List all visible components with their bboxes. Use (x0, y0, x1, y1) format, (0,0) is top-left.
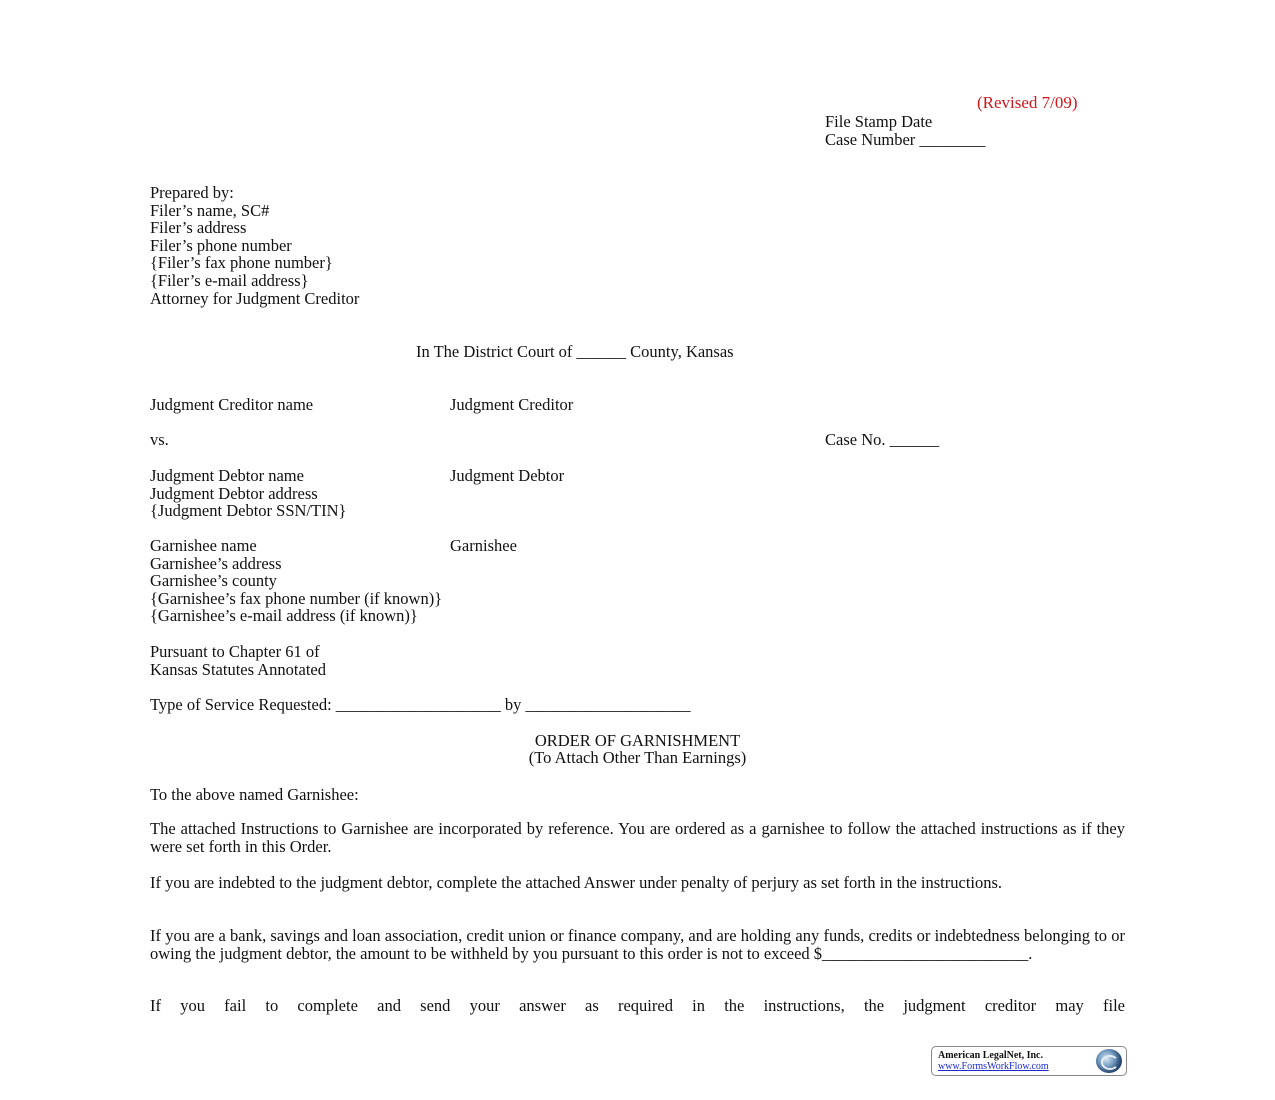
debtor-role: Judgment Debtor (450, 467, 564, 485)
garnishee-block: Garnishee name Garnishee’s address Garni… (150, 537, 442, 625)
garnishee-fax: {Garnishee’s fax phone number (if known)… (150, 590, 442, 608)
salutation: To the above named Garnishee: (150, 786, 359, 804)
statute-line-2: Kansas Statutes Annotated (150, 661, 326, 679)
statute-block: Pursuant to Chapter 61 of Kansas Statute… (150, 643, 326, 678)
attorney-for: Attorney for Judgment Creditor (150, 290, 359, 308)
versus: vs. (150, 431, 169, 449)
debtor-address: Judgment Debtor address (150, 485, 346, 503)
filer-fax: {Filer’s fax phone number} (150, 254, 359, 272)
garnishee-name: Garnishee name (150, 537, 442, 555)
paragraph-bank-limit: If you are a bank, savings and loan asso… (150, 927, 1125, 962)
order-subtitle: (To Attach Other Than Earnings) (150, 749, 1125, 767)
case-no: Case No. ______ (825, 431, 939, 449)
filer-phone: Filer’s phone number (150, 237, 359, 255)
badge-company: American LegalNet, Inc. (938, 1050, 1043, 1061)
filer-name: Filer’s name, SC# (150, 202, 359, 220)
case-number-header: Case Number ________ (825, 131, 985, 149)
garnishee-address: Garnishee’s address (150, 555, 442, 573)
paragraph-indebted: If you are indebted to the judgment debt… (150, 874, 1125, 892)
revised-date: (Revised 7/09) (977, 94, 1078, 112)
badge-link[interactable]: www.FormsWorkFlow.com (938, 1061, 1049, 1072)
footer-badge[interactable]: American LegalNet, Inc. www.FormsWorkFlo… (931, 1046, 1127, 1076)
creditor-name: Judgment Creditor name (150, 396, 313, 414)
prepared-by-block: Prepared by: Filer’s name, SC# Filer’s a… (150, 184, 359, 307)
filer-address: Filer’s address (150, 219, 359, 237)
file-stamp-date: File Stamp Date (825, 113, 932, 131)
debtor-ssn: {Judgment Debtor SSN/TIN} (150, 502, 346, 520)
court-title: In The District Court of ______ County, … (416, 343, 734, 361)
prepared-by-label: Prepared by: (150, 184, 359, 202)
order-title: ORDER OF GARNISHMENT (150, 732, 1125, 750)
debtor-name: Judgment Debtor name (150, 467, 346, 485)
paragraph-fail-to-answer: If you fail to complete and send your an… (150, 997, 1125, 1015)
creditor-role: Judgment Creditor (450, 396, 573, 414)
service-requested: Type of Service Requested: _____________… (150, 696, 691, 714)
filer-email: {Filer’s e-mail address} (150, 272, 359, 290)
paragraph-instructions: The attached Instructions to Garnishee a… (150, 820, 1125, 855)
garnishee-role: Garnishee (450, 537, 517, 555)
debtor-block: Judgment Debtor name Judgment Debtor add… (150, 467, 346, 520)
globe-logo-icon (1096, 1049, 1122, 1073)
garnishee-email: {Garnishee’s e-mail address (if known)} (150, 607, 442, 625)
statute-line-1: Pursuant to Chapter 61 of (150, 643, 326, 661)
garnishee-county: Garnishee’s county (150, 572, 442, 590)
